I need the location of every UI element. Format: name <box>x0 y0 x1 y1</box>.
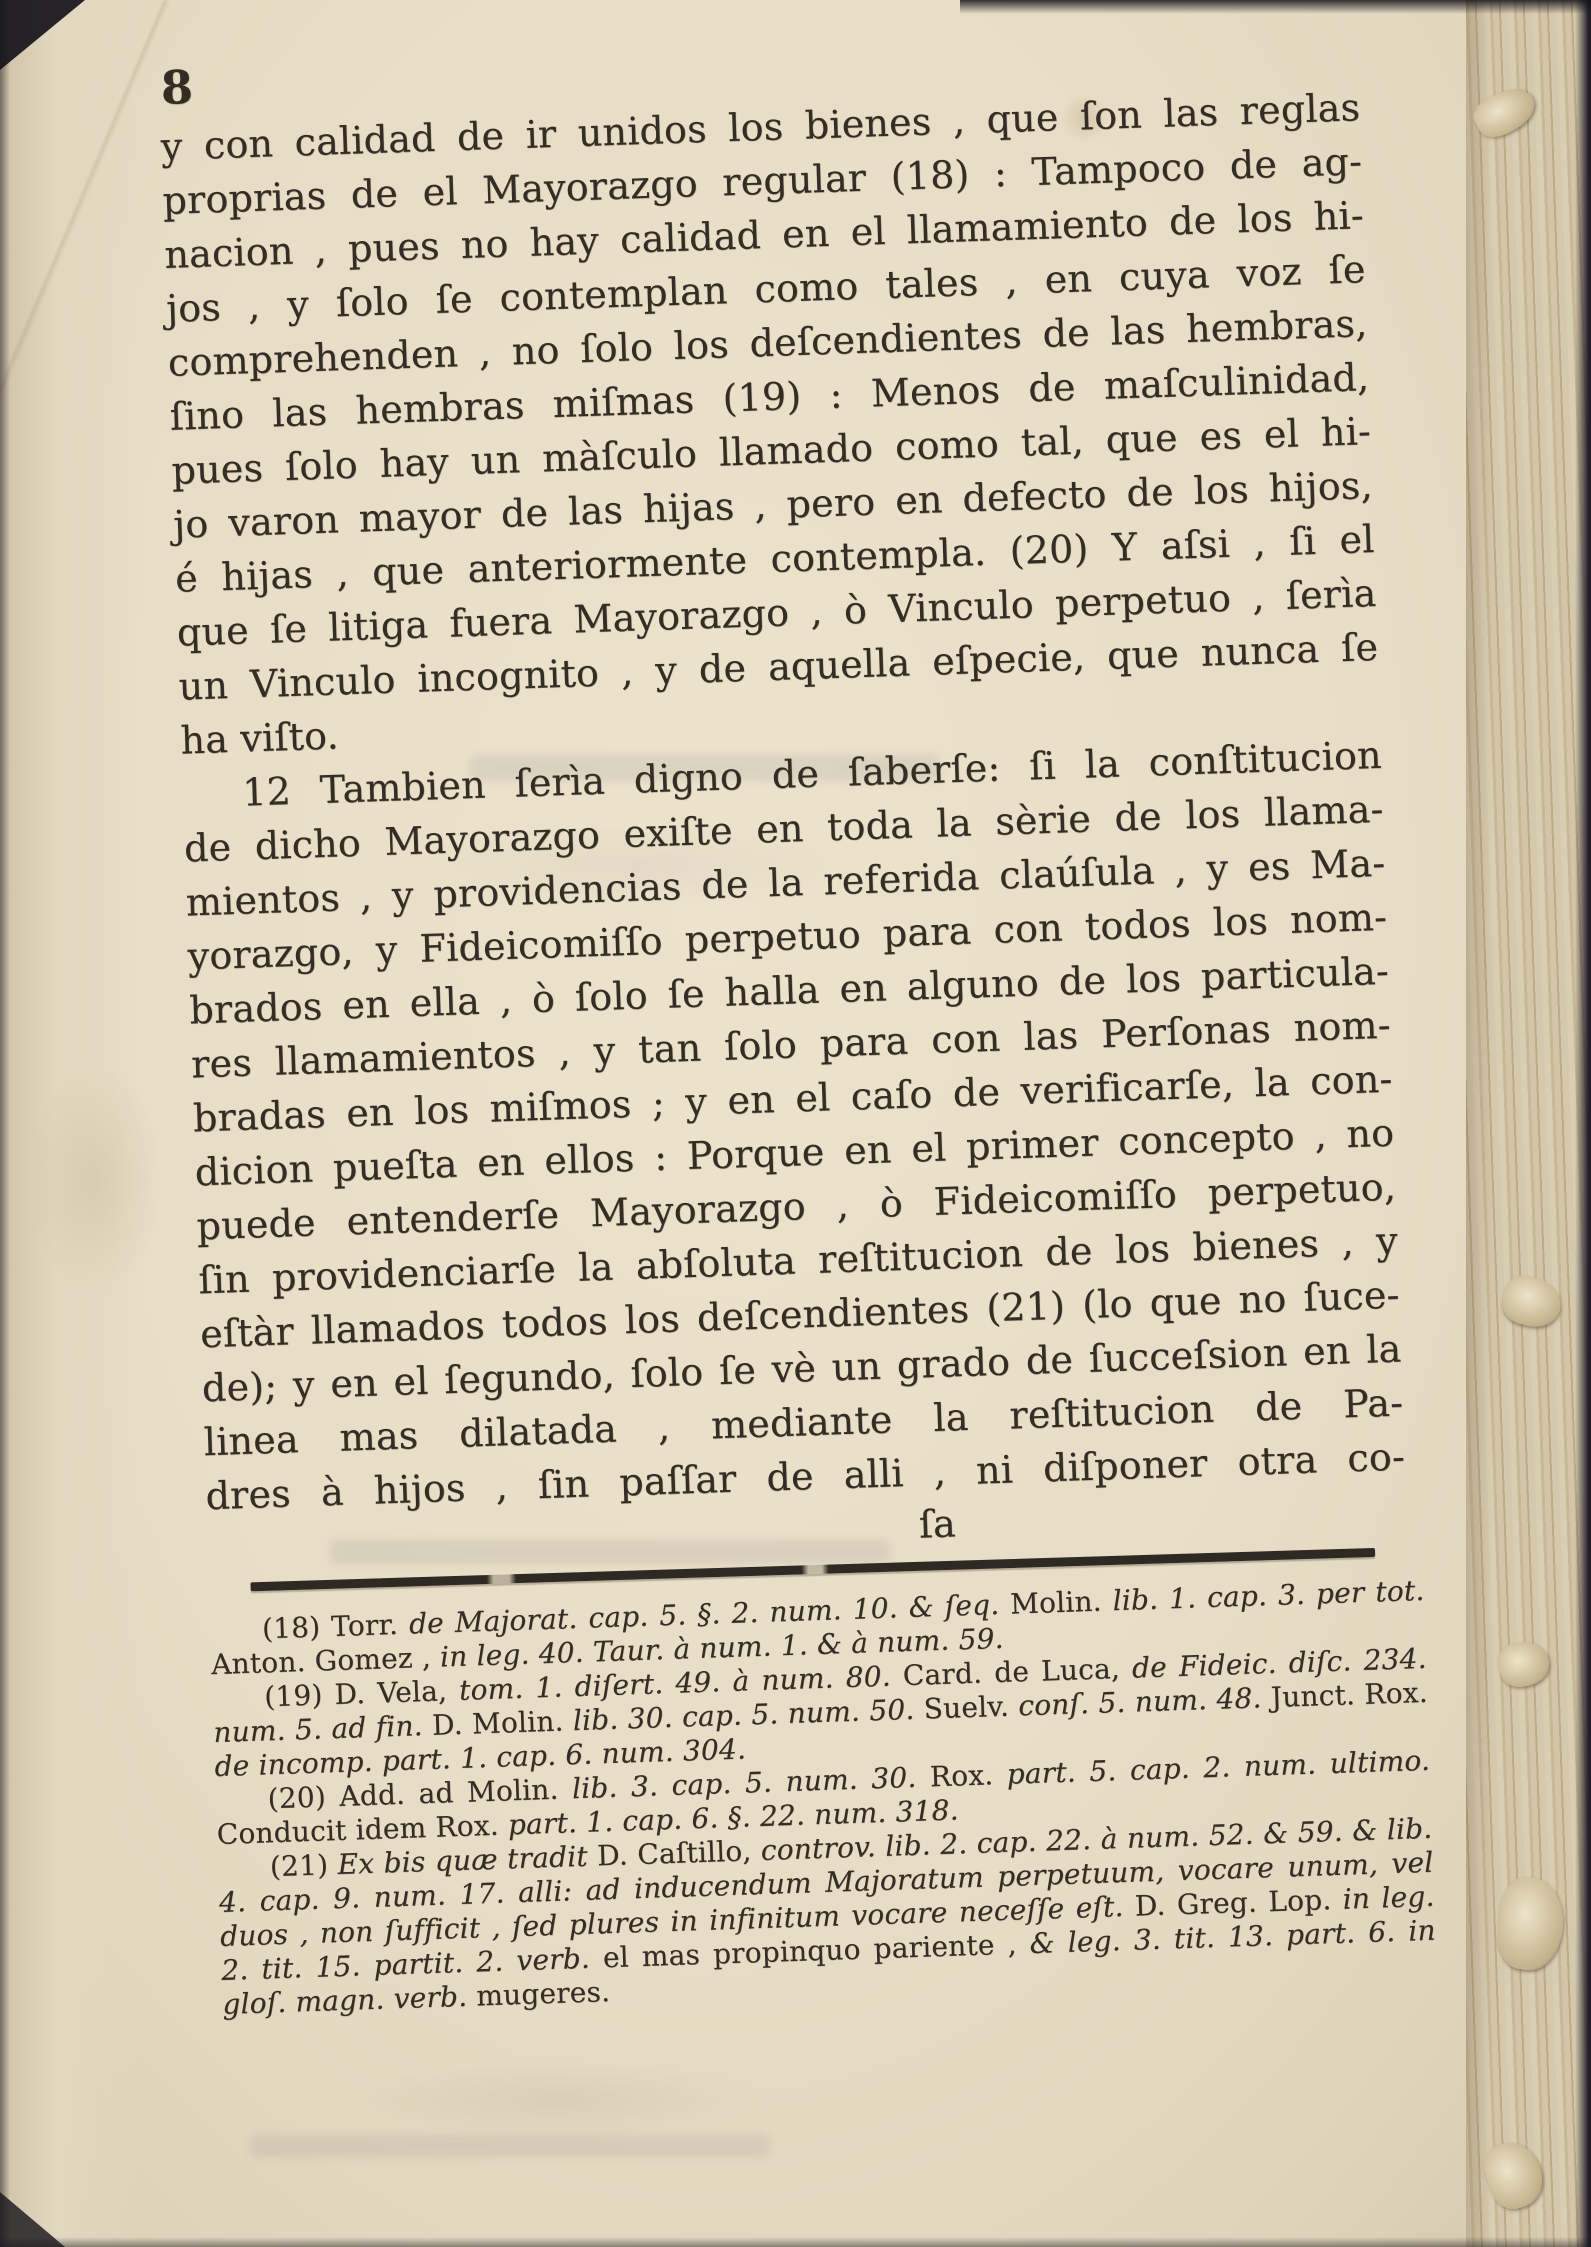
page-content: 8 y con calidad de ir unidos los bienes … <box>158 22 1422 2022</box>
footnote-segment: D. Molin. <box>431 1704 573 1742</box>
footnotes: (18) Torr. de Majorat. cap. 5. §. 2. num… <box>209 1574 1437 2022</box>
footnote-segment: mugeres. <box>476 1975 611 2012</box>
scan-edge-top <box>960 0 1591 14</box>
footnote-segment: (21) <box>269 1848 338 1883</box>
scan-corner-top-left <box>0 0 85 70</box>
footnote-segment: D. Greg. Lop. <box>1134 1883 1343 1923</box>
footnote-segment: Suelv. <box>923 1689 1019 1725</box>
book-page-scan: 8 y con calidad de ir unidos los bienes … <box>0 0 1591 2247</box>
footnote-segment: lib. 1. cap. 3. per tot. <box>1112 1574 1425 1617</box>
footnote-segment: (18) Torr. <box>261 1608 409 1646</box>
scan-corner-bottom-left <box>0 2192 65 2247</box>
scan-edge-right <box>1575 0 1591 2247</box>
body-text: y con calidad de ir unidos los bienes , … <box>160 80 1406 1523</box>
footnote-segment: Junct. Rox. <box>1270 1676 1428 1714</box>
footnote-segment: Molin. <box>1010 1584 1114 1620</box>
scan-edge-left <box>0 0 10 2247</box>
footnote-segment: Rox. <box>929 1758 1007 1794</box>
footnote-segment: conſ. 5. num. 48. <box>1018 1681 1272 1722</box>
footnote-segment: (19) D. Vela, <box>264 1674 460 1713</box>
show-through-ghost <box>250 2135 770 2157</box>
footnote-segment: D. Caſtillo, <box>597 1834 762 1872</box>
scan-edge-bottom <box>0 2237 1591 2247</box>
